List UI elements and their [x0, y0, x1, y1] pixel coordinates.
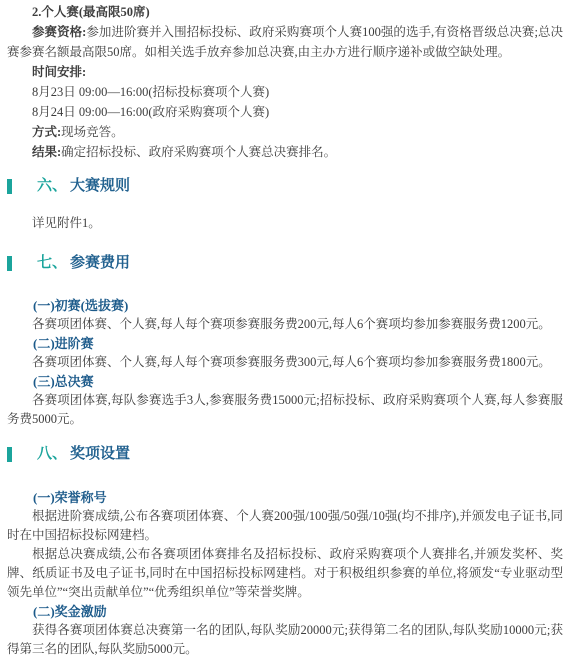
awards-sub1-para2: 根据总决赛成绩,公布各赛项团体赛排名及招标投标、政府采购赛项个人赛排名,并颁发奖… — [7, 545, 563, 602]
schedule-label: 时间安排: — [7, 62, 563, 82]
eligibility-paragraph: 参赛资格:参加进阶赛并入围招标投标、政府采购赛项个人赛100强的选手,有资格晋级… — [7, 22, 563, 62]
fees-sub1-text: 各赛项团体赛、个人赛,每人每个赛项参赛服务费200元,每人6个赛项均参加参赛服务… — [7, 315, 563, 334]
method-label: 方式: — [32, 125, 61, 139]
result-paragraph: 结果:确定招标投标、政府采购赛项个人赛总决赛排名。 — [7, 142, 563, 162]
individual-heading: 2.个人赛(最高限50席) — [7, 2, 563, 22]
section-title: 奖项设置 — [70, 446, 130, 462]
section-marker-bar — [7, 179, 12, 194]
section-body-awards: (一)荣誉称号 根据进阶赛成绩,公布各赛项团体赛、个人赛200强/100强/50… — [7, 488, 563, 657]
section-title: 大赛规则 — [70, 178, 130, 194]
eligibility-label: 参赛资格: — [32, 25, 86, 39]
method-paragraph: 方式:现场竞答。 — [7, 122, 563, 142]
result-text: 确定招标投标、政府采购赛项个人赛总决赛排名。 — [61, 145, 336, 159]
schedule-day2: 8月24日 09:00—16:00(政府采购赛项个人赛) — [7, 102, 563, 122]
section-heading-rules: 六、 大赛规则 — [7, 178, 563, 194]
awards-sub2-heading: (二)奖金激励 — [7, 602, 563, 621]
individual-competition-block: 2.个人赛(最高限50席) 参赛资格:参加进阶赛并入围招标投标、政府采购赛项个人… — [7, 2, 563, 162]
section-number: 七、 — [37, 255, 67, 271]
schedule-day1: 8月23日 09:00—16:00(招标投标赛项个人赛) — [7, 82, 563, 102]
method-text: 现场竞答。 — [61, 125, 124, 139]
section-body-fees: (一)初赛(选拔赛) 各赛项团体赛、个人赛,每人每个赛项参赛服务费200元,每人… — [7, 296, 563, 429]
section-heading-awards: 八、 奖项设置 — [7, 446, 563, 462]
section-marker-bar — [7, 447, 12, 462]
awards-sub1-para1: 根据进阶赛成绩,公布各赛项团体赛、个人赛200强/100强/50强/10强(均不… — [7, 507, 563, 545]
section-number: 六、 — [37, 178, 67, 194]
fees-sub1-heading: (一)初赛(选拔赛) — [7, 296, 563, 315]
section-heading-fees: 七、 参赛费用 — [7, 255, 563, 271]
fees-sub3-heading: (三)总决赛 — [7, 372, 563, 391]
eligibility-text: 参加进阶赛并入围招标投标、政府采购赛项个人赛100强的选手,有资格晋级总决赛;总… — [7, 25, 563, 59]
awards-sub2-para1: 获得各赛项团体赛总决赛第一名的团队,每队奖励20000元;获得第二名的团队,每队… — [7, 621, 563, 657]
awards-sub1-heading: (一)荣誉称号 — [7, 488, 563, 507]
rules-body-text: 详见附件1。 — [7, 214, 563, 233]
section-title: 参赛费用 — [70, 255, 130, 271]
section-marker-bar — [7, 256, 12, 271]
fees-sub2-heading: (二)进阶赛 — [7, 334, 563, 353]
fees-sub2-text: 各赛项团体赛、个人赛,每人每个赛项参赛服务费300元,每人6个赛项均参加参赛服务… — [7, 353, 563, 372]
fees-sub3-text: 各赛项团体赛,每队参赛选手3人,参赛服务费15000元;招标投标、政府采购赛项个… — [7, 391, 563, 429]
result-label: 结果: — [32, 145, 61, 159]
section-number: 八、 — [37, 446, 67, 462]
section-body-rules: 详见附件1。 — [7, 214, 563, 233]
document: 2.个人赛(最高限50席) 参赛资格:参加进阶赛并入围招标投标、政府采购赛项个人… — [0, 0, 570, 657]
